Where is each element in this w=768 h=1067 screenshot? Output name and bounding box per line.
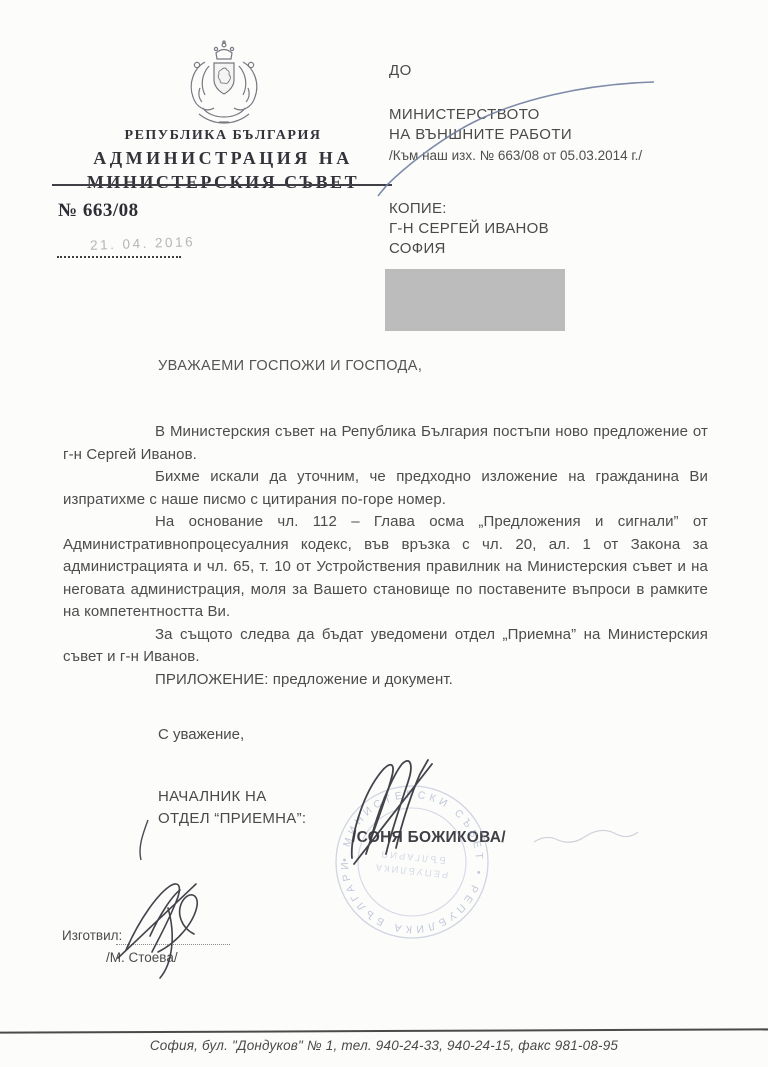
copy-recipient-city: СОФИЯ xyxy=(389,240,446,257)
signer-title-line1: НАЧАЛНИК НА xyxy=(158,788,267,805)
copy-label: КОПИЕ: xyxy=(389,200,447,217)
prepared-by-dotted-line xyxy=(116,930,230,945)
footer-address: София, бул. "Дондуков" № 1, тел. 940-24-… xyxy=(0,1038,768,1053)
footer-rule xyxy=(0,1028,768,1033)
body-paragraph: Бихме искали да уточним, че предходно из… xyxy=(63,466,708,511)
body-paragraph: В Министерския съвет на Република Българ… xyxy=(63,421,708,466)
copy-recipient-name: Г-Н СЕРГЕЙ ИВАНОВ xyxy=(389,220,549,237)
coat-of-arms-icon xyxy=(168,38,280,130)
signer-name: /СОНЯ БОЖИКОВА/ xyxy=(352,829,506,847)
signature-bozhikova xyxy=(352,760,432,864)
closing-regards: С уважение, xyxy=(158,726,244,743)
stamp-inner-line1: РЕПУБЛИКА xyxy=(373,861,448,880)
reference-number: № 663/08 xyxy=(58,200,139,222)
recipient-reference-note: /Към наш изх. № 663/08 от 05.03.2014 г./ xyxy=(389,148,642,163)
stray-pen-mark xyxy=(140,820,148,860)
faint-scribble-mark xyxy=(534,830,638,842)
letterhead-rule xyxy=(52,184,392,186)
redacted-address-box xyxy=(385,269,565,331)
salutation: УВАЖАЕМИ ГОСПОЖИ И ГОСПОДА, xyxy=(158,358,422,374)
prepared-by-label: Изготвил: xyxy=(62,928,122,943)
date-dotted-line xyxy=(57,242,181,258)
recipient-to-label: ДО xyxy=(389,62,412,79)
body-paragraph: За същото следва да бъдат уведомени отде… xyxy=(63,624,708,669)
letterhead-org-line1: АДМИНИСТРАЦИЯ НА xyxy=(40,148,406,169)
letterhead-org-line2: МИНИСТЕРСКИЯ СЪВЕТ xyxy=(40,172,406,193)
letter-body: В Министерския съвет на Република Българ… xyxy=(63,421,708,691)
scanned-letter-page: РЕПУБЛИКА БЪЛГАРИЯ АДМИНИСТРАЦИЯ НА МИНИ… xyxy=(0,0,768,1067)
recipient-name-line2: НА ВЪНШНИТЕ РАБОТИ xyxy=(389,126,572,143)
letterhead-country: РЕПУБЛИКА БЪЛГАРИЯ xyxy=(40,128,406,144)
body-paragraph: ПРИЛОЖЕНИЕ: предложение и документ. xyxy=(63,669,708,692)
prepared-by-name: /М. Стоева/ xyxy=(106,950,178,965)
stamp-inner-line2: БЪЛГАРИЯ xyxy=(379,848,446,866)
recipient-name-line1: МИНИСТЕРСТВОТО xyxy=(389,106,540,123)
signer-title-line2: ОТДЕЛ “ПРИЕМНА”: xyxy=(158,810,306,827)
body-paragraph: На основание чл. 112 – Глава осма „Предл… xyxy=(63,511,708,624)
